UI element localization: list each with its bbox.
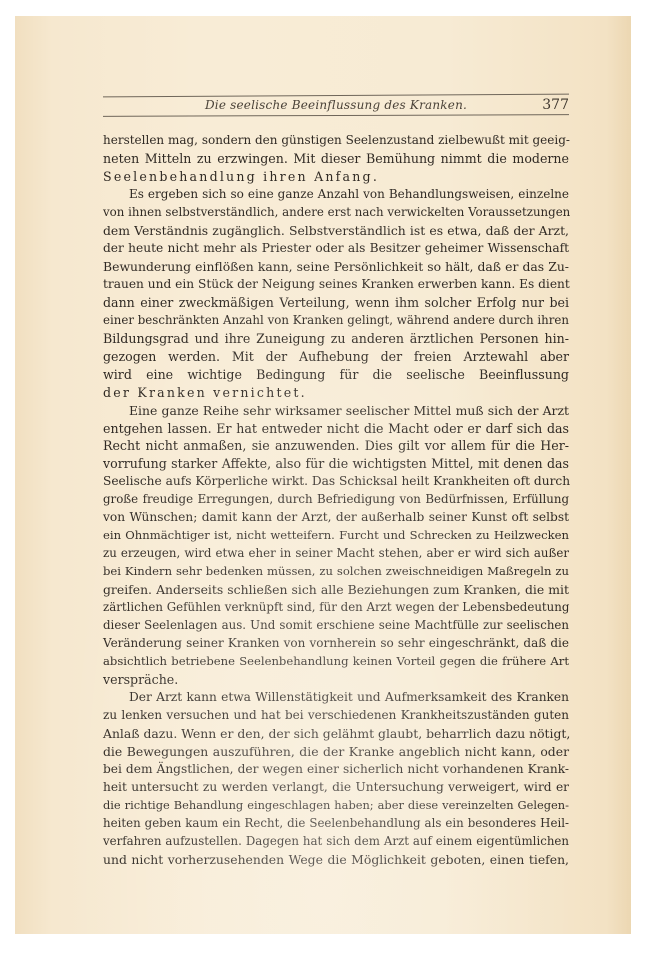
text-line: Recht nicht anmaßen, sie anzuwenden. Die…: [103, 437, 569, 455]
text-line: herstellen mag, sondern den günstigen Se…: [103, 132, 569, 150]
text-line: Seelenbehandlung ihren Anfang.: [103, 168, 569, 186]
text-line: Bewunderung einflößen kann, seine Persön…: [103, 258, 569, 276]
text-line: die Bewegungen auszuführen, die der Kran…: [103, 743, 569, 761]
text-line: verfahren aufzustellen. Dagegen hat sich…: [103, 833, 569, 851]
text-line: greifen. Anderseits schließen sich alle …: [103, 581, 569, 599]
text-line: bei dem Ängstlichen, der wegen einer sic…: [103, 761, 569, 779]
text-line: bei Kindern sehr bedenken müssen, zu sol…: [103, 563, 569, 581]
text-line: wird eine wichtige Bedingung für die see…: [103, 366, 569, 384]
text-line: zärtlichen Gefühlen verknüpft sind, für …: [103, 599, 569, 617]
running-head-title: Die seelische Beeinflussung des Kranken.: [103, 98, 569, 112]
header-rule-bottom: [103, 114, 569, 117]
text-line: Bildungsgrad und ihre Zuneigung zu ander…: [103, 330, 569, 348]
text-line: Anlaß dazu. Wenn er den, der sich gelähm…: [103, 725, 569, 743]
book-page: Die seelische Beeinflussung des Kranken.…: [15, 16, 631, 934]
text-line: einer beschränkten Anzahl von Kranken ge…: [103, 312, 569, 330]
text-line: gezogen werden. Mit der Aufhebung der fr…: [103, 348, 569, 366]
paragraph-start-line: Es ergeben sich so eine ganze Anzahl von…: [103, 186, 569, 204]
text-line: die richtige Behandlung eingeschlagen ha…: [103, 797, 569, 815]
text-line: große freudige Erregungen, durch Befried…: [103, 491, 569, 509]
text-line: der heute nicht mehr als Priester oder a…: [103, 240, 569, 258]
text-line: dann einer zweckmäßigen Verteilung, wenn…: [103, 294, 569, 312]
text-line: der Kranken vernichtet.: [103, 384, 569, 402]
text-line: vorrufung starker Affekte, also für die …: [103, 455, 569, 473]
paragraph-start-line: Der Arzt kann etwa Willenstätigkeit und …: [103, 689, 569, 707]
text-line: absichtlich betriebene Seelenbehandlung …: [103, 653, 569, 671]
text-line: zu lenken versuchen und hat bei verschie…: [103, 707, 569, 725]
text-line: entgehen lassen. Er hat entweder nicht d…: [103, 420, 569, 438]
text-line: heit untersucht zu werden verlangt, die …: [103, 779, 569, 797]
text-line: heiten geben kaum ein Recht, die Seelenb…: [103, 815, 569, 833]
text-line: dem Verständnis zugänglich. Selbstverstä…: [103, 222, 569, 240]
text-line: und nicht vorherzusehenden Wege die Mögl…: [103, 851, 569, 869]
text-line: verspräche.: [103, 671, 569, 689]
body-text: herstellen mag, sondern den günstigen Se…: [103, 132, 569, 869]
text-line: von ihnen selbstverständlich, andere ers…: [103, 204, 569, 222]
text-line: Seelische aufs Körperliche wirkt. Das Sc…: [103, 473, 569, 491]
running-head: Die seelische Beeinflussung des Kranken.…: [103, 95, 569, 115]
text-line: trauen und ein Stück der Neigung seines …: [103, 276, 569, 294]
paragraph-start-line: Eine ganze Reihe sehr wirksamer seelisch…: [103, 402, 569, 420]
page-number: 377: [542, 97, 569, 113]
text-line: ein Ohnmächtiger ist, nicht wetteifern. …: [103, 527, 569, 545]
text-line: dieser Seelenlagen aus. Und somit erschi…: [103, 617, 569, 635]
text-line: von Wünschen; damit kann der Arzt, der a…: [103, 509, 569, 527]
text-line: neten Mitteln zu erzwingen. Mit dieser B…: [103, 150, 569, 168]
text-line: zu erzeugen, wird etwa eher in seiner Ma…: [103, 545, 569, 563]
text-line: Veränderung seiner Kranken von vornherei…: [103, 635, 569, 653]
